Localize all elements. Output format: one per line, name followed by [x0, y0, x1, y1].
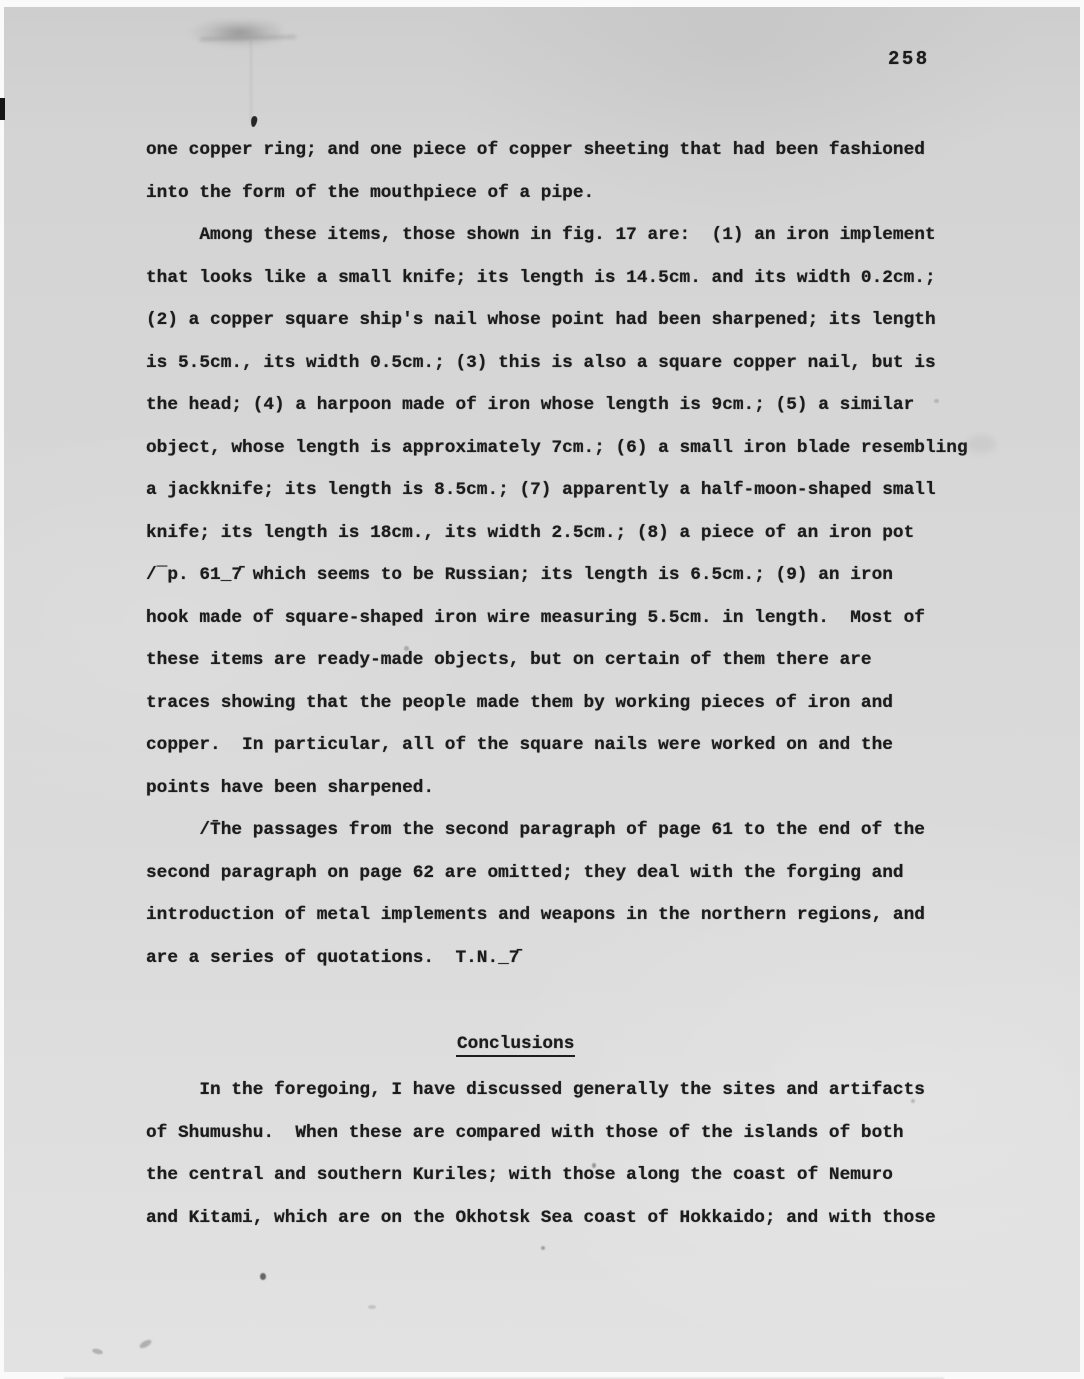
- paper-speck: [966, 435, 996, 453]
- page-number: 258: [888, 49, 930, 69]
- text-line: copper. In particular, all of the square…: [146, 724, 968, 767]
- scan-frame: 258 one copper ring; and one piece of co…: [0, 0, 1084, 1379]
- scan-smudge-streak: [200, 35, 296, 42]
- ink-spot: [250, 116, 258, 128]
- text-line: Among these items, those shown in fig. 1…: [146, 214, 968, 257]
- text-line: knife; its length is 18cm., its width 2.…: [146, 512, 968, 555]
- text-line: is 5.5cm., its width 0.5cm.; (3) this is…: [146, 342, 968, 385]
- text-line: introduction of metal implements and wea…: [146, 894, 968, 937]
- text-line: the head; (4) a harpoon made of iron who…: [146, 384, 968, 427]
- scanned-page: 258 one copper ring; and one piece of co…: [4, 7, 1080, 1372]
- text-line: points have been sharpened.: [146, 767, 968, 810]
- scan-faint-line: [250, 41, 252, 121]
- text-line: traces showing that the people made them…: [146, 682, 968, 725]
- paper-speck: [541, 1246, 545, 1250]
- paper-speck: [368, 1305, 376, 1309]
- text-line: that looks like a small knife; its lengt…: [146, 257, 968, 300]
- paper-speck: [138, 1338, 152, 1350]
- text-line: a jackknife; its length is 8.5cm.; (7) a…: [146, 469, 968, 512]
- text-line: are a series of quotations. T.N._7̄: [146, 937, 968, 980]
- section-heading-text: Conclusions: [456, 1034, 575, 1057]
- paper-speck: [92, 1348, 104, 1356]
- body-text: one copper ring; and one piece of copper…: [146, 129, 968, 979]
- scan-smudge: [189, 20, 281, 48]
- text-line: one copper ring; and one piece of copper…: [146, 129, 968, 172]
- text-line: the central and southern Kuriles; with t…: [146, 1154, 936, 1197]
- text-line: of Shumushu. When these are compared wit…: [146, 1112, 936, 1155]
- text-line: /¯p. 61_7̄ which seems to be Russian; it…: [146, 554, 968, 597]
- text-line: (2) a copper square ship's nail whose po…: [146, 299, 968, 342]
- text-line: and Kitami, which are on the Okhotsk Sea…: [146, 1197, 936, 1240]
- section-heading: Conclusions: [456, 1023, 575, 1066]
- text-line: into the form of the mouthpiece of a pip…: [146, 172, 968, 215]
- text-line: these items are ready-made objects, but …: [146, 639, 968, 682]
- conclusions-text: In the foregoing, I have discussed gener…: [146, 1069, 936, 1239]
- paper-speck: [260, 1273, 266, 1280]
- text-line: second paragraph on page 62 are omitted;…: [146, 852, 968, 895]
- text-line: In the foregoing, I have discussed gener…: [146, 1069, 936, 1112]
- text-line: hook made of square-shaped iron wire mea…: [146, 597, 968, 640]
- text-line: /T̄he passages from the second paragraph…: [146, 809, 968, 852]
- text-line: object, whose length is approximately 7c…: [146, 427, 968, 470]
